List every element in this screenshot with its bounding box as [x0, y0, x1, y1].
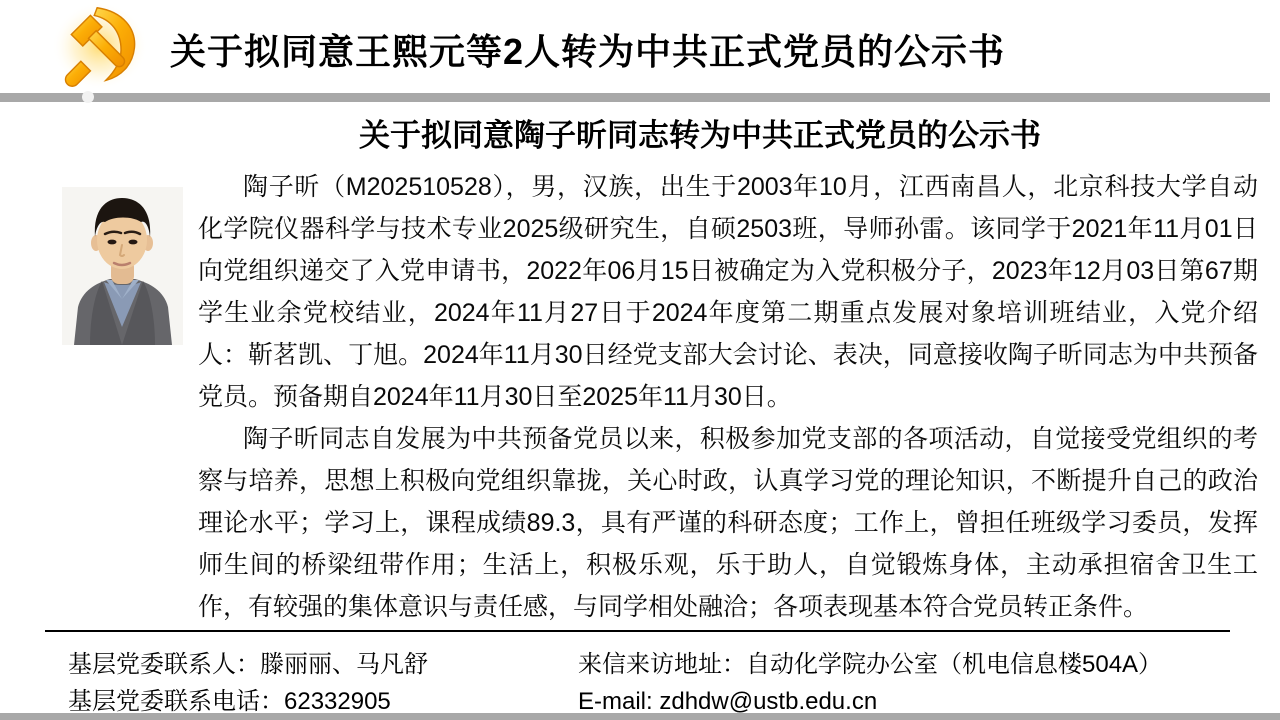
notice-page: { "header": { "title": "关于拟同意王熙元等2人转为中共正… — [0, 0, 1280, 720]
footer-contact-left: 基层党委联系人：滕丽丽、马凡舒 基层党委联系电话：62332905 — [68, 646, 428, 720]
contact-phone-label: 基层党委联系电话： — [68, 688, 284, 715]
window-header-title: 关于拟同意王熙元等2人转为中共正式党员的公示书 — [170, 24, 1005, 75]
visit-address-value: 自动化学院办公室（机电信息楼504A） — [746, 651, 1162, 678]
notice-title: 关于拟同意陶子昕同志转为中共正式党员的公示书 — [140, 110, 1260, 155]
notice-paragraph-2: 陶子昕同志自发展为中共预备党员以来，积极参加党支部的各项活动，自觉接受党组织的考… — [198, 418, 1258, 628]
contact-phone-value: 62332905 — [284, 688, 391, 715]
email-value: zdhdw@ustb.edu.cn — [659, 688, 877, 715]
cpc-party-emblem-icon — [52, 2, 148, 90]
candidate-id-photo — [62, 187, 183, 345]
footer-separator-line — [45, 630, 1230, 632]
notice-body: 陶子昕（M202510528），男，汉族，出生于2003年10月，江西南昌人，北… — [198, 166, 1258, 628]
header: 关于拟同意王熙元等2人转为中共正式党员的公示书 — [0, 0, 1280, 93]
bottom-divider-bar — [0, 713, 1280, 720]
divider-slider-dot[interactable] — [82, 91, 94, 103]
email-label: E-mail: — [578, 688, 659, 715]
contact-person-line: 基层党委联系人：滕丽丽、马凡舒 — [68, 646, 428, 683]
footer-contact-right: 来信来访地址：自动化学院办公室（机电信息楼504A） E-mail: zdhdw… — [578, 646, 1162, 720]
visit-address-line: 来信来访地址：自动化学院办公室（机电信息楼504A） — [578, 646, 1162, 683]
notice-paragraph-1: 陶子昕（M202510528），男，汉族，出生于2003年10月，江西南昌人，北… — [198, 166, 1258, 418]
visit-address-label: 来信来访地址： — [578, 651, 746, 678]
contact-person-value: 滕丽丽、马凡舒 — [260, 651, 428, 678]
header-divider-bar — [0, 93, 1270, 102]
contact-person-label: 基层党委联系人： — [68, 651, 260, 678]
